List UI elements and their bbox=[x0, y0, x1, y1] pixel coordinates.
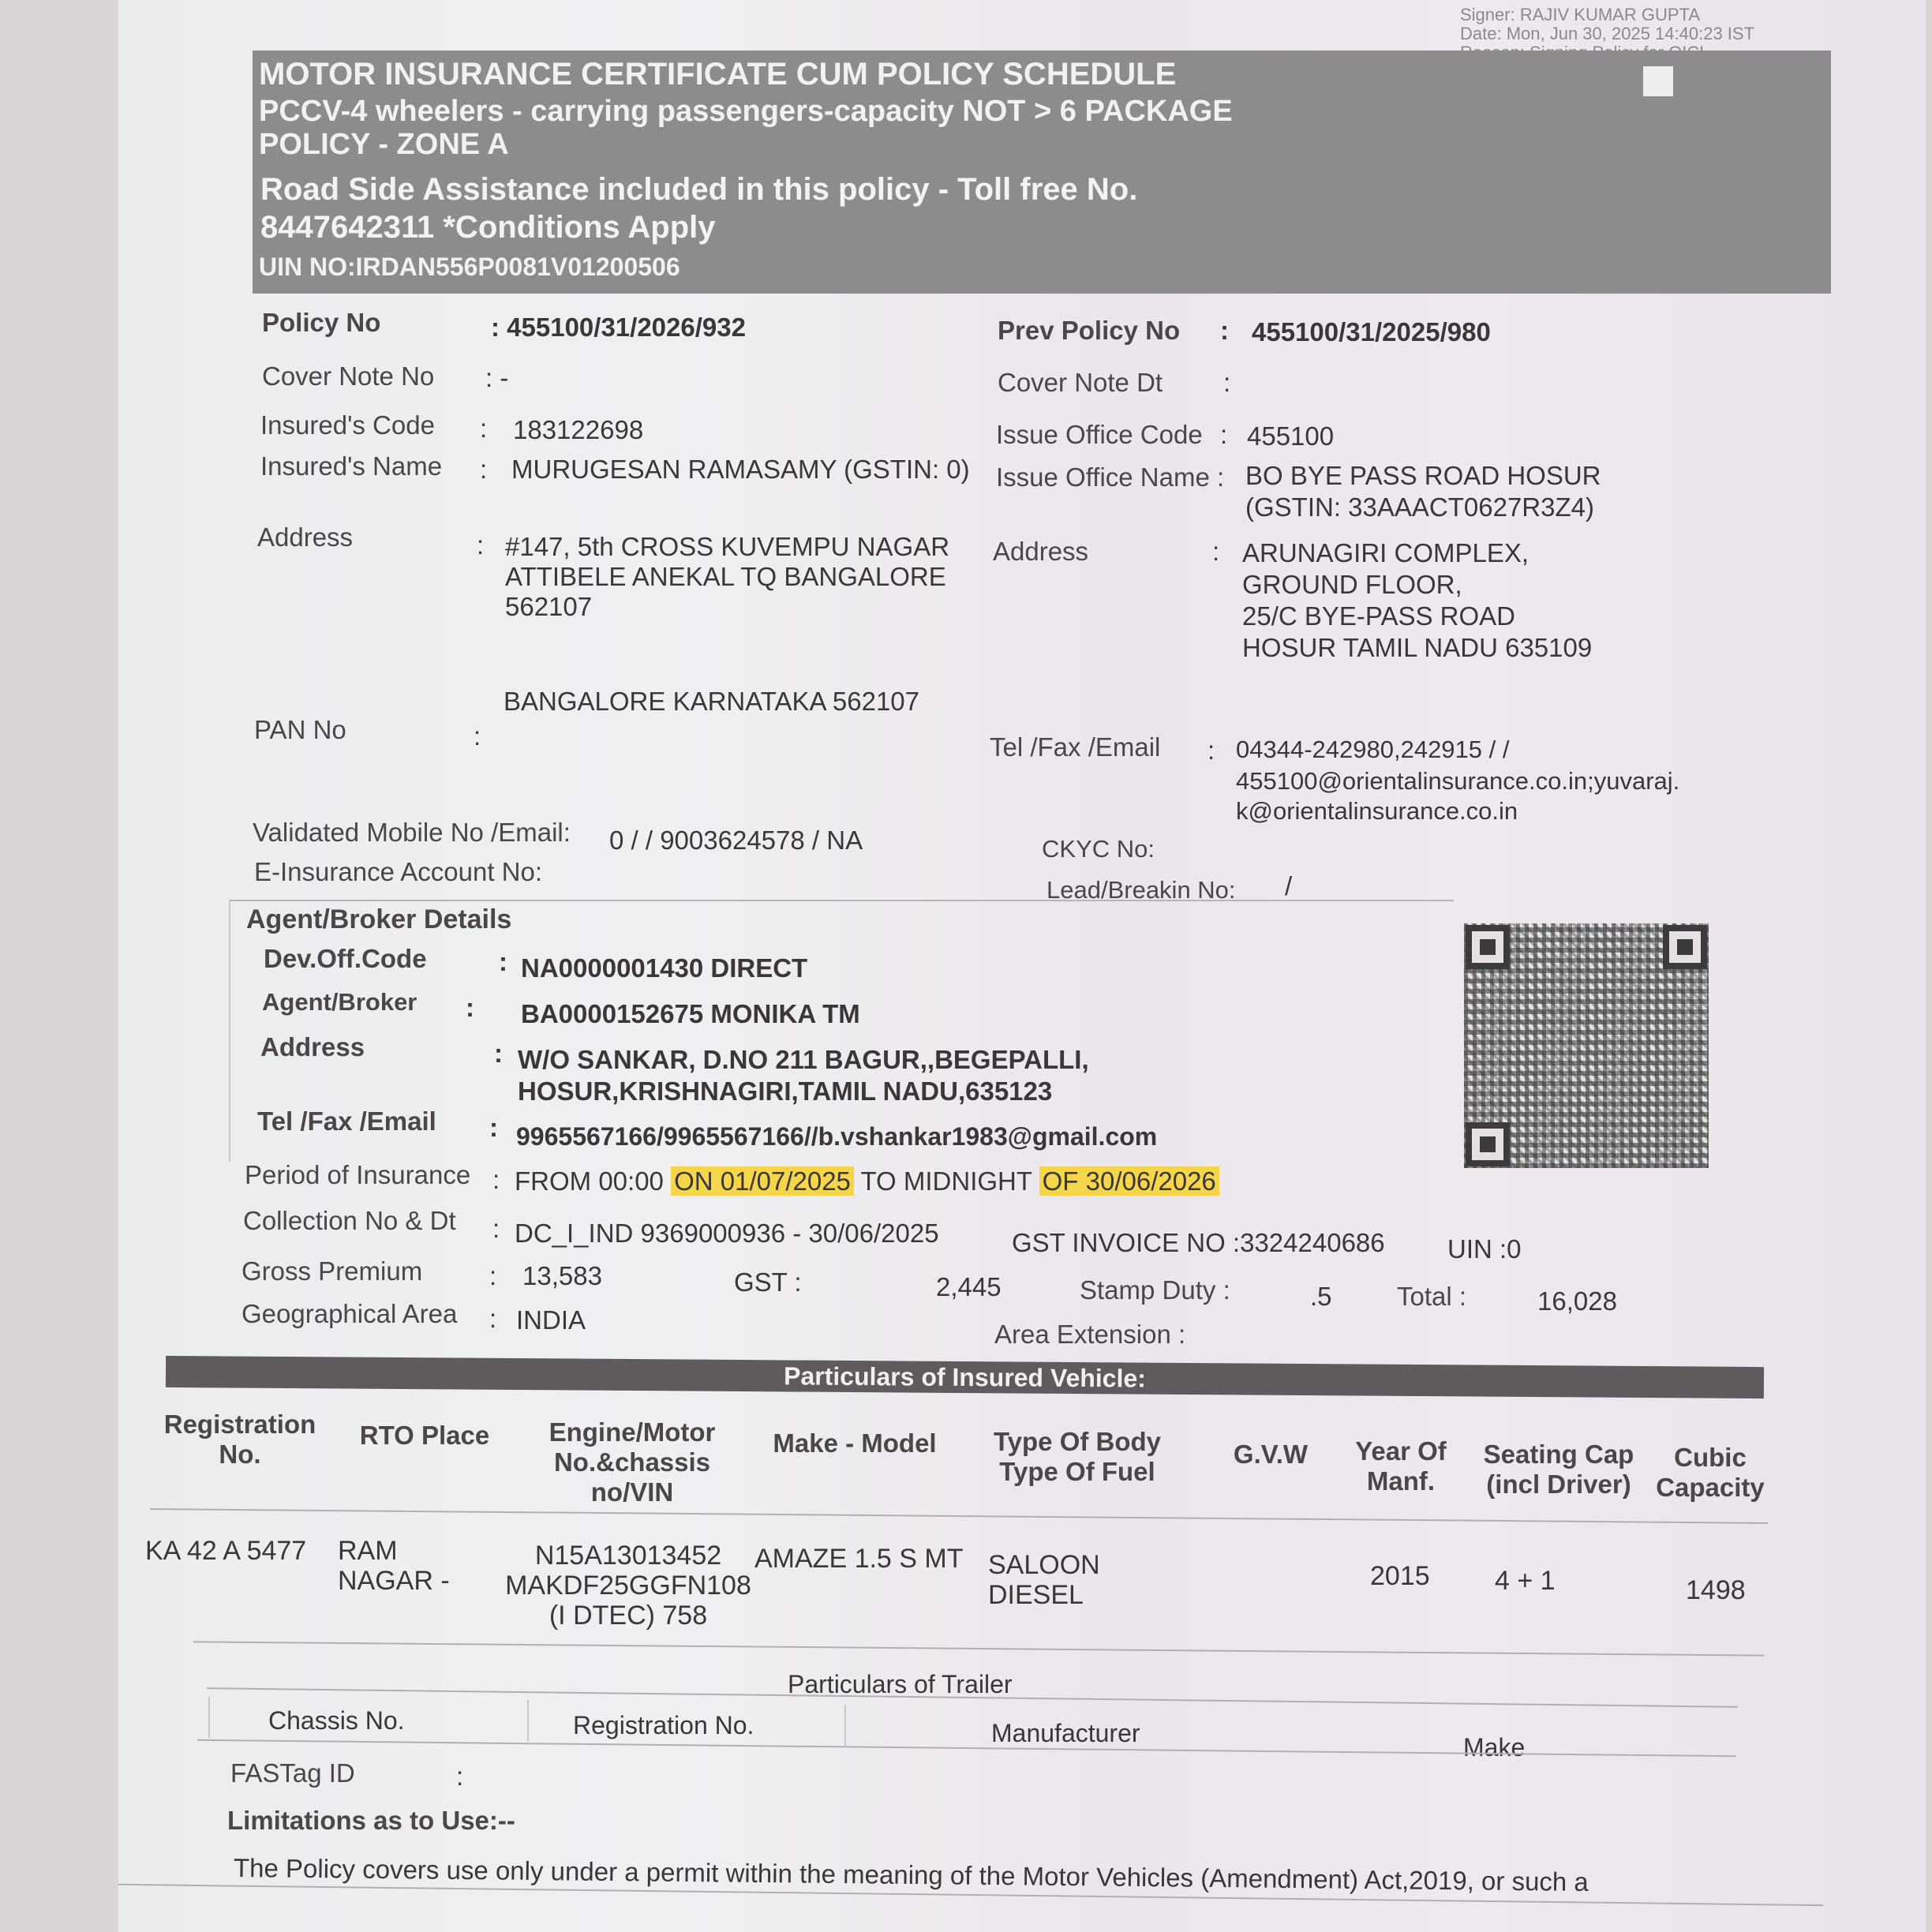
vehicle-engine-chassis: N15A13013452 MAKDF25GGFN108 (I DTEC) 758 bbox=[502, 1541, 754, 1631]
total-value: 16,028 bbox=[1537, 1286, 1617, 1316]
policy-zone: POLICY - ZONE A bbox=[259, 128, 509, 162]
rsa-tollfree: 8447642311 *Conditions Apply bbox=[260, 210, 716, 245]
office-email-line2: k@orientalinsurance.co.in bbox=[1236, 797, 1518, 826]
period-from-date: ON 01/07/2025 bbox=[671, 1166, 854, 1196]
certificate-header-banner: MOTOR INSURANCE CERTIFICATE CUM POLICY S… bbox=[253, 51, 1831, 294]
collection-value: DC_I_IND 9369000936 - 30/06/2025 bbox=[515, 1219, 939, 1249]
col-seating: Seating Cap (incl Driver) bbox=[1476, 1440, 1642, 1500]
prev-policy-value: 455100/31/2025/980 bbox=[1252, 317, 1491, 347]
dev-office-sep: : bbox=[499, 947, 507, 977]
ckyc-label: CKYC No: bbox=[1042, 835, 1155, 863]
geo-area-label: Geographical Area bbox=[241, 1299, 457, 1329]
fastag-label: FASTag ID bbox=[230, 1758, 355, 1788]
policy-no-label: Policy No bbox=[262, 308, 380, 338]
insured-address-city: BANGALORE KARNATAKA 562107 bbox=[504, 687, 919, 717]
mobile-value: 0 / / 9003624578 / NA bbox=[609, 826, 863, 856]
trailer-col-chassis: Chassis No. bbox=[268, 1706, 405, 1735]
insured-address-label: Address bbox=[257, 522, 353, 552]
office-address-line2: GROUND FLOOR, bbox=[1242, 570, 1462, 600]
stamp-duty-value: .5 bbox=[1310, 1282, 1332, 1312]
cover-note-value: : - bbox=[485, 363, 508, 393]
period-to: TO MIDNIGHT bbox=[861, 1166, 1032, 1196]
cover-note-label: Cover Note No bbox=[262, 361, 434, 391]
office-tel-line1: 04344-242980,242915 / / bbox=[1236, 736, 1509, 764]
office-tel-sep: : bbox=[1207, 736, 1215, 766]
office-address-line1: ARUNAGIRI COMPLEX, bbox=[1242, 538, 1529, 568]
insured-code-sep: : bbox=[480, 414, 487, 444]
geo-area-sep: : bbox=[489, 1304, 496, 1334]
period-label: Period of Insurance bbox=[245, 1160, 470, 1190]
trailer-divider bbox=[208, 1697, 210, 1738]
issue-office-gstin: (GSTIN: 33AAACT0627R3Z4) bbox=[1245, 492, 1594, 522]
signature-valid-checkbox-icon bbox=[1643, 66, 1673, 96]
certificate-subtitle: PCCV-4 wheelers - carrying passengers-ca… bbox=[259, 95, 1233, 129]
pan-sep: : bbox=[474, 721, 481, 751]
period-sep: : bbox=[492, 1165, 500, 1195]
gross-premium-label: Gross Premium bbox=[241, 1256, 422, 1286]
agent-address-line2: HOSUR,KRISHNAGIRI,TAMIL NADU,635123 bbox=[518, 1076, 1052, 1106]
collection-sep: : bbox=[492, 1214, 500, 1244]
fastag-sep: : bbox=[456, 1762, 463, 1792]
limitations-title: Limitations as to Use:-- bbox=[227, 1806, 515, 1836]
vehicle-body-fuel: SALOON DIESEL bbox=[988, 1550, 1122, 1610]
lead-breakin-value: / bbox=[1285, 871, 1292, 901]
insured-name-label: Insured's Name bbox=[260, 451, 442, 481]
agent-address-line1: W/O SANKAR, D.NO 211 BAGUR,,BEGEPALLI, bbox=[518, 1045, 1089, 1075]
col-cubic: Cubic Capacity bbox=[1651, 1443, 1769, 1503]
issue-office-name-label: Issue Office Name : bbox=[996, 462, 1224, 492]
col-make-model: Make - Model bbox=[764, 1428, 945, 1458]
vehicle-registration: KA 42 A 5477 bbox=[145, 1536, 306, 1566]
issue-office-code-value: 455100 bbox=[1247, 421, 1334, 451]
vehicle-rto: RAM NAGAR - bbox=[338, 1536, 472, 1596]
certificate-title: MOTOR INSURANCE CERTIFICATE CUM POLICY S… bbox=[259, 57, 1176, 92]
signature-signer: Signer: RAJIV KUMAR GUPTA bbox=[1460, 5, 1700, 25]
gross-premium-sep: : bbox=[489, 1261, 496, 1291]
pan-label: PAN No bbox=[254, 715, 346, 745]
agent-section-title: Agent/Broker Details bbox=[246, 904, 511, 935]
dev-office-label: Dev.Off.Code bbox=[264, 944, 427, 974]
office-address-line3: 25/C BYE-PASS ROAD bbox=[1242, 601, 1515, 631]
gross-premium-value: 13,583 bbox=[522, 1261, 602, 1291]
insured-code-label: Insured's Code bbox=[260, 410, 435, 440]
gst-value: 2,445 bbox=[936, 1272, 1002, 1302]
area-extension-label: Area Extension : bbox=[994, 1320, 1185, 1350]
agent-tel-value: 9965567166/9965567166//b.vshankar1983@gm… bbox=[516, 1122, 1157, 1151]
col-rto-place: RTO Place bbox=[354, 1421, 496, 1451]
gst-label: GST : bbox=[734, 1267, 802, 1297]
total-label: Total : bbox=[1397, 1282, 1466, 1312]
gst-invoice-no: GST INVOICE NO :3324240686 bbox=[1012, 1228, 1385, 1258]
prev-policy-label: Prev Policy No bbox=[998, 316, 1180, 346]
insured-address-line1: #147, 5th CROSS KUVEMPU NAGAR bbox=[505, 532, 949, 562]
office-address-line4: HOSUR TAMIL NADU 635109 bbox=[1242, 633, 1592, 663]
prev-policy-sep: : bbox=[1220, 316, 1229, 346]
agent-broker-label: Agent/Broker bbox=[262, 988, 417, 1017]
trailer-col-registration: Registration No. bbox=[573, 1711, 754, 1740]
trailer-divider bbox=[527, 1700, 529, 1741]
period-to-date: OF 30/06/2026 bbox=[1039, 1166, 1219, 1196]
insured-name-value: MURUGESAN RAMASAMY (GSTIN: 0) bbox=[511, 455, 970, 485]
col-gvw: G.V.W bbox=[1215, 1440, 1326, 1470]
col-engine-chassis: Engine/Motor No.&chassis no/VIN bbox=[534, 1417, 731, 1507]
period-value: FROM 00:00 ON 01/07/2025 TO MIDNIGHT OF … bbox=[515, 1166, 1219, 1196]
insured-address-sep: : bbox=[477, 530, 484, 560]
vehicle-cc: 1498 bbox=[1686, 1575, 1746, 1605]
geo-area-value: INDIA bbox=[516, 1305, 586, 1335]
issue-office-code-sep: : bbox=[1220, 420, 1227, 450]
vehicle-seating: 4 + 1 bbox=[1495, 1566, 1556, 1596]
agent-tel-label: Tel /Fax /Email bbox=[257, 1106, 436, 1136]
agent-broker-sep: : bbox=[466, 993, 474, 1023]
stamp-duty-label: Stamp Duty : bbox=[1080, 1275, 1230, 1305]
insured-code-value: 183122698 bbox=[513, 415, 643, 445]
office-address-sep: : bbox=[1212, 537, 1219, 567]
office-tel-label: Tel /Fax /Email bbox=[990, 732, 1160, 762]
collection-label: Collection No & Dt bbox=[243, 1206, 456, 1236]
einsurance-label: E-Insurance Account No: bbox=[254, 857, 542, 887]
signature-date: Date: Mon, Jun 30, 2025 14:40:23 IST bbox=[1460, 24, 1754, 44]
dev-office-value: NA0000001430 DIRECT bbox=[521, 953, 807, 983]
insured-address-line2: ATTIBELE ANEKAL TQ BANGALORE bbox=[505, 562, 946, 592]
col-registration: Registration No. bbox=[156, 1410, 324, 1470]
col-body-fuel: Type Of Body Type Of Fuel bbox=[987, 1427, 1168, 1487]
agent-broker-value: BA0000152675 MONIKA TM bbox=[521, 999, 860, 1029]
office-email-line1: 455100@orientalinsurance.co.in;yuvaraj. bbox=[1236, 767, 1679, 796]
issue-office-code-label: Issue Office Code bbox=[996, 420, 1203, 450]
uin-value: UIN :0 bbox=[1447, 1234, 1522, 1264]
issue-office-name-value: BO BYE PASS ROAD HOSUR bbox=[1245, 461, 1601, 491]
insured-name-sep: : bbox=[480, 455, 487, 485]
trailer-col-manufacturer: Manufacturer bbox=[991, 1719, 1140, 1748]
trailer-divider bbox=[844, 1705, 846, 1746]
mobile-label: Validated Mobile No /Email: bbox=[253, 818, 571, 848]
cover-note-dt-value: : bbox=[1223, 368, 1230, 398]
col-year: Year Of Manf. bbox=[1342, 1436, 1460, 1496]
office-address-label: Address bbox=[993, 537, 1088, 567]
agent-tel-sep: : bbox=[489, 1113, 498, 1143]
trailer-col-make: Make bbox=[1463, 1733, 1525, 1762]
policy-qr-code bbox=[1464, 923, 1709, 1168]
rsa-notice: Road Side Assistance included in this po… bbox=[260, 172, 1137, 208]
period-from: FROM 00:00 bbox=[515, 1166, 664, 1196]
agent-address-label: Address bbox=[260, 1032, 365, 1062]
uin-number: UIN NO:IRDAN556P0081V01200506 bbox=[259, 253, 680, 282]
cover-note-dt-label: Cover Note Dt bbox=[998, 368, 1163, 398]
policy-no-value: : 455100/31/2026/932 bbox=[491, 313, 746, 343]
insured-address-line3: 562107 bbox=[505, 592, 592, 622]
vehicle-make-model: AMAZE 1.5 S MT bbox=[754, 1544, 964, 1574]
vehicle-year: 2015 bbox=[1370, 1561, 1430, 1591]
agent-address-sep: : bbox=[494, 1039, 503, 1069]
